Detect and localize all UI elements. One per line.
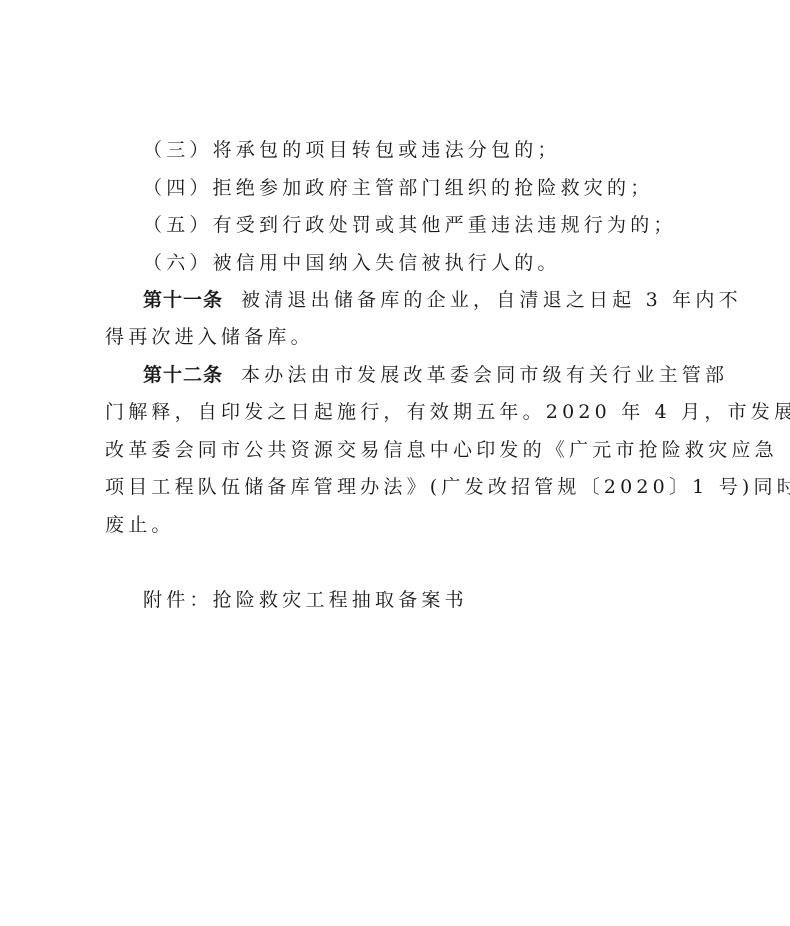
article-12-line: 改革委会同市公共资源交易信息中心印发的《广元市抢险救灾应急 (105, 438, 705, 462)
attachment-line: 附件：抢险救灾工程抽取备案书 (143, 588, 703, 612)
article-12-line: 第十二条本办法由市发展改革委会同市级有关行业主管部 (143, 363, 703, 387)
article-text: 得再次进入储备库。 (105, 326, 314, 348)
article-12-line: 门解释，自印发之日起施行，有效期五年。2020 年 4 月，市发展 (105, 400, 705, 424)
document-page: （三）将承包的项目转包或违法分包的； （四）拒绝参加政府主管部门组织的抢险救灾的… (0, 0, 790, 926)
article-12-line: 废止。 (105, 513, 705, 537)
item-text: 将承包的项目转包或违法分包的； (213, 139, 561, 161)
list-item: （五）有受到行政处罚或其他严重违法违规行为的； (143, 213, 703, 237)
article-text: 本办法由市发展改革委会同市级有关行业主管部 (241, 364, 728, 386)
item-label: （四） (143, 177, 213, 199)
article-heading: 第十二条 (143, 364, 223, 386)
item-label: （五） (143, 214, 213, 236)
list-item: （六）被信用中国纳入失信被执行人的。 (143, 251, 703, 275)
article-11-line: 第十一条被清退出储备库的企业，自清退之日起 3 年内不 (143, 288, 703, 312)
article-text: 改革委会同市公共资源交易信息中心印发的《广元市抢险救灾应急 (105, 439, 778, 461)
item-label: （六） (143, 252, 213, 274)
item-label: （三） (143, 139, 213, 161)
list-item: （四）拒绝参加政府主管部门组织的抢险救灾的； (143, 176, 703, 200)
attachment-text: 附件：抢险救灾工程抽取备案书 (143, 589, 468, 611)
article-11-line: 得再次进入储备库。 (105, 325, 705, 349)
item-text: 有受到行政处罚或其他严重违法违规行为的； (213, 214, 677, 236)
article-text: 废止。 (105, 514, 175, 536)
item-text: 拒绝参加政府主管部门组织的抢险救灾的； (213, 177, 654, 199)
article-text: 被清退出储备库的企业，自清退之日起 3 年内不 (241, 289, 742, 311)
list-item: （三）将承包的项目转包或违法分包的； (143, 138, 703, 162)
article-text: 门解释，自印发之日起施行，有效期五年。2020 年 4 月，市发展 (105, 401, 790, 423)
article-text: 项目工程队伍储备库管理办法》(广发改招管规〔2020〕1 号)同时 (105, 476, 790, 498)
item-text: 被信用中国纳入失信被执行人的。 (213, 252, 561, 274)
article-12-line: 项目工程队伍储备库管理办法》(广发改招管规〔2020〕1 号)同时 (105, 475, 705, 499)
article-heading: 第十一条 (143, 289, 223, 311)
